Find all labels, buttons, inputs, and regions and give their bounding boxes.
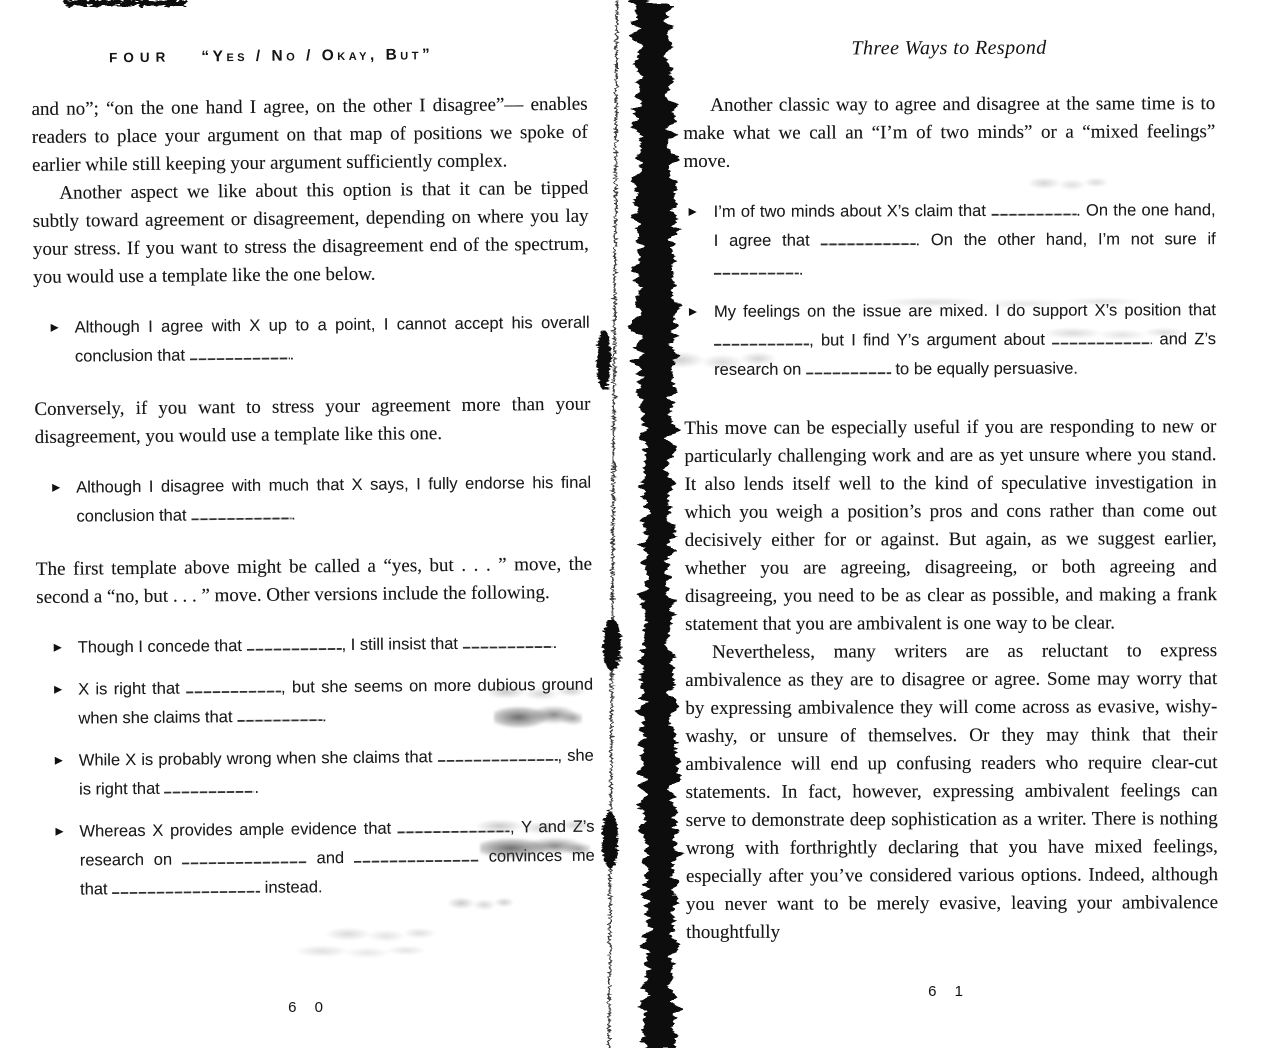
page-number-left: 6 0	[31, 999, 587, 1016]
page-number-right: 6 1	[683, 983, 1215, 1000]
body-paragraph: and no”; “on the one hand I agree, on th…	[31, 91, 588, 180]
chapter-title: “Yes / No / Okay, But”	[201, 46, 433, 65]
fill-in-blank	[186, 683, 281, 694]
template-bullet: Although I agree with X up to a point, I…	[34, 309, 591, 372]
fill-in-blank	[112, 883, 260, 894]
body-paragraph: This move can be especially useful if yo…	[684, 413, 1217, 639]
fill-in-blank	[463, 638, 553, 649]
body-paragraph: Conversely, if you want to stress your a…	[34, 391, 591, 452]
fill-in-blank	[398, 822, 510, 833]
edge-ink-blobs	[597, 330, 621, 868]
fill-in-blank	[354, 852, 479, 863]
fill-in-blank	[237, 711, 322, 722]
running-header-right: Three Ways to Respond	[683, 36, 1215, 64]
template-bullet: I’m of two minds about X’s claim that . …	[684, 196, 1216, 285]
fill-in-blank	[437, 751, 557, 762]
running-header-left: FOUR“Yes / No / Okay, But”	[109, 45, 587, 72]
fill-in-blank	[246, 640, 341, 651]
body-paragraph: Nevertheless, many writers are as reluct…	[685, 637, 1218, 947]
fill-in-blank	[820, 235, 915, 245]
template-bullet: X is right that , but she seems on more …	[37, 671, 594, 734]
body-paragraph: Another aspect we like about this option…	[32, 175, 589, 292]
template-bullet: Although I disagree with much that X say…	[35, 469, 592, 532]
fill-in-blank	[182, 853, 307, 864]
top-edge-smear	[62, 0, 188, 6]
left-page-content: and no”; “on the one hand I agree, on th…	[31, 91, 595, 905]
left-page: FOUR“Yes / No / Okay, But” and no”; “on …	[31, 45, 595, 905]
template-bullet: While X is probably wrong when she claim…	[38, 742, 595, 805]
right-page: Three Ways to Respond Another classic wa…	[683, 36, 1218, 947]
template-bullet: Though I concede that , I still insist t…	[37, 629, 593, 663]
fill-in-blank	[991, 206, 1076, 216]
page-edge-line	[609, 0, 617, 1048]
template-bullet: Whereas X provides ample evidence that ,…	[38, 813, 595, 905]
scan-smudge	[326, 926, 436, 944]
fill-in-blank	[714, 265, 799, 275]
fill-in-blank	[806, 364, 891, 374]
chapter-number: FOUR	[109, 50, 171, 66]
scan-smudge	[296, 944, 426, 960]
fill-in-blank	[191, 510, 291, 521]
template-bullet: My feelings on the issue are mixed. I do…	[684, 296, 1216, 385]
fill-in-blank	[1052, 334, 1152, 344]
gutter-shadow	[636, 0, 676, 1048]
fill-in-blank	[164, 783, 254, 794]
body-paragraph: The first template above might be called…	[36, 551, 593, 612]
fill-in-blank	[714, 336, 809, 346]
book-scan-spread: FOUR“Yes / No / Okay, But” and no”; “on …	[0, 0, 1271, 1048]
gutter-scratches	[622, 645, 634, 943]
fill-in-blank	[190, 350, 290, 361]
body-paragraph: Another classic way to agree and disagre…	[683, 90, 1215, 176]
right-page-content: Another classic way to agree and disagre…	[683, 90, 1218, 947]
